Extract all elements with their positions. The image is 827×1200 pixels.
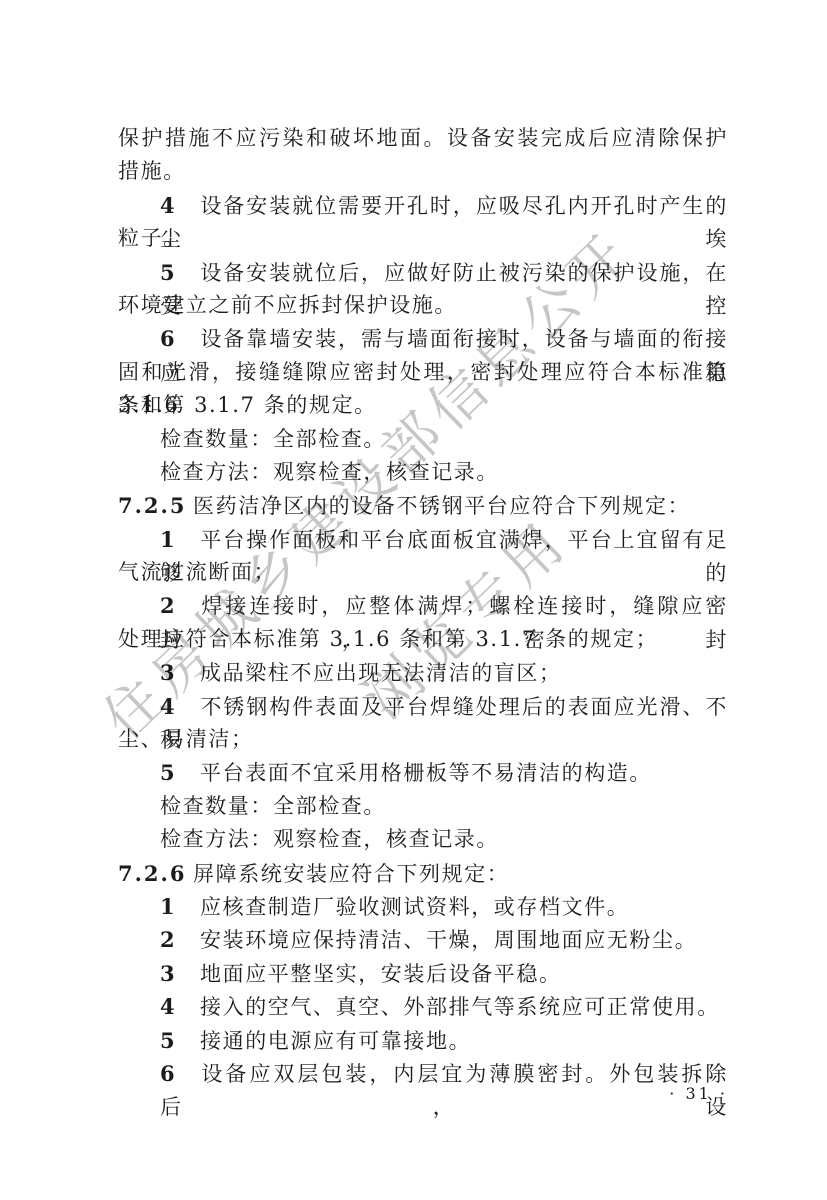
text-line: 6设备靠墙安装，需与墙面衔接时，设备与墙面的衔接应稳 [118,322,728,355]
text-line: 检查方法：观察检查，核查记录。 [118,823,728,856]
clause-number: 7.2.5 [118,489,193,522]
text-line: 4设备安装就位需要开孔时，应吸尽孔内开孔时产生的尘埃 [118,189,728,222]
line-text: 接入的空气、真空、外部排气等系统应可正常使用。 [200,995,720,1019]
text-line: 3成品梁柱不应出现无法清洁的盲区； [118,656,728,689]
item-number: 2 [160,589,200,622]
line-text: 条和第 3.1.7 条的规定。 [118,393,377,417]
text-line: 检查方法：观察检查，核查记录。 [118,456,728,489]
line-text: 环境建立之前不应拆封保护设施。 [118,293,457,317]
text-line: 检查数量：全部检查。 [118,790,728,823]
item-number: 2 [160,923,200,956]
text-line: 5平台表面不宜采用格栅板等不易清洁的构造。 [118,756,728,789]
document-page: 住房城乡建设部信息公开 浏览专用 保护措施不应污染和破坏地面。设备安装完成后应清… [0,0,827,1200]
clause-line: 7.2.5医药洁净区内的设备不锈钢平台应符合下列规定： [118,489,728,522]
text-line: 保护措施不应污染和破坏地面。设备安装完成后应清除保护 [118,122,728,155]
line-text: 尘、易清洁； [118,727,254,751]
line-text: 安装环境应保持清洁、干燥，周围地面应无粉尘。 [200,928,697,952]
line-text: 成品梁柱不应出现无法清洁的盲区； [200,661,562,685]
item-number: 5 [160,1024,200,1057]
item-number: 4 [160,690,200,723]
text-line: 处理应符合本标准第 3.1.6 条和第 3.1.7 条的规定； [118,623,728,656]
item-number: 5 [160,256,200,289]
text-line: 固和光滑，接缝缝隙应密封处理，密封处理应符合本标准第 3.1.6 [118,356,728,389]
item-number: 3 [160,957,200,990]
line-text: 处理应符合本标准第 3.1.6 条和第 3.1.7 条的规定； [118,627,658,651]
text-line: 5设备安装就位后，应做好防止被污染的保护设施，在受控 [118,256,728,289]
text-line: 4接入的空气、真空、外部排气等系统应可正常使用。 [118,990,728,1023]
item-number: 5 [160,756,200,789]
line-text: 检查数量：全部检查。 [160,427,386,451]
text-line: 3地面应平整坚实，安装后设备平稳。 [118,957,728,990]
item-number: 1 [160,523,200,556]
text-line: 措施。 [118,155,728,188]
clause-line: 7.2.6屏障系统安装应符合下列规定： [118,857,728,890]
page-number: · 31 · [118,1084,728,1103]
text-line: 尘、易清洁； [118,723,728,756]
text-line: 2安装环境应保持清洁、干燥，周围地面应无粉尘。 [118,923,728,956]
body-text: 保护措施不应污染和破坏地面。设备安装完成后应清除保护措施。4设备安装就位需要开孔… [118,122,728,1090]
text-line: 5接通的电源应有可靠接地。 [118,1024,728,1057]
line-text: 屏障系统安装应符合下列规定： [193,862,509,886]
line-text: 设备安装就位需要开孔时，应吸尽孔内开孔时产生的尘埃 [160,194,728,251]
item-number: 4 [160,189,200,222]
line-text: 检查数量：全部检查。 [160,794,386,818]
line-text: 检查方法：观察检查，核查记录。 [160,460,499,484]
text-line: 1平台操作面板和平台底面板宜满焊，平台上宜留有足够的 [118,523,728,556]
text-line: 条和第 3.1.7 条的规定。 [118,389,728,422]
item-number: 3 [160,656,200,689]
line-text: 平台表面不宜采用格栅板等不易清洁的构造。 [200,761,652,785]
item-number: 6 [160,322,200,355]
line-text: 医药洁净区内的设备不锈钢平台应符合下列规定： [193,494,690,518]
item-number: 1 [160,890,200,923]
text-line: 检查数量：全部检查。 [118,423,728,456]
line-text: 措施。 [118,159,186,183]
item-number: 4 [160,990,200,1023]
text-line: 2焊接连接时，应整体满焊；螺栓连接时，缝隙应密封，密封 [118,589,728,622]
line-text: 气流过流断面； [118,560,276,584]
line-text: 粒子。 [118,226,186,250]
line-text: 接通的电源应有可靠接地。 [200,1029,471,1053]
line-text: 地面应平整坚实，安装后设备平稳。 [200,962,562,986]
line-text: 检查方法：观察检查，核查记录。 [160,827,499,851]
clause-number: 7.2.6 [118,857,193,890]
line-text: 应核查制造厂验收测试资料，或存档文件。 [200,895,629,919]
line-text: 保护措施不应污染和破坏地面。设备安装完成后应清除保护 [118,126,728,150]
text-line: 1应核查制造厂验收测试资料，或存档文件。 [118,890,728,923]
text-line: 4不锈钢构件表面及平台焊缝处理后的表面应光滑、不积 [118,690,728,723]
